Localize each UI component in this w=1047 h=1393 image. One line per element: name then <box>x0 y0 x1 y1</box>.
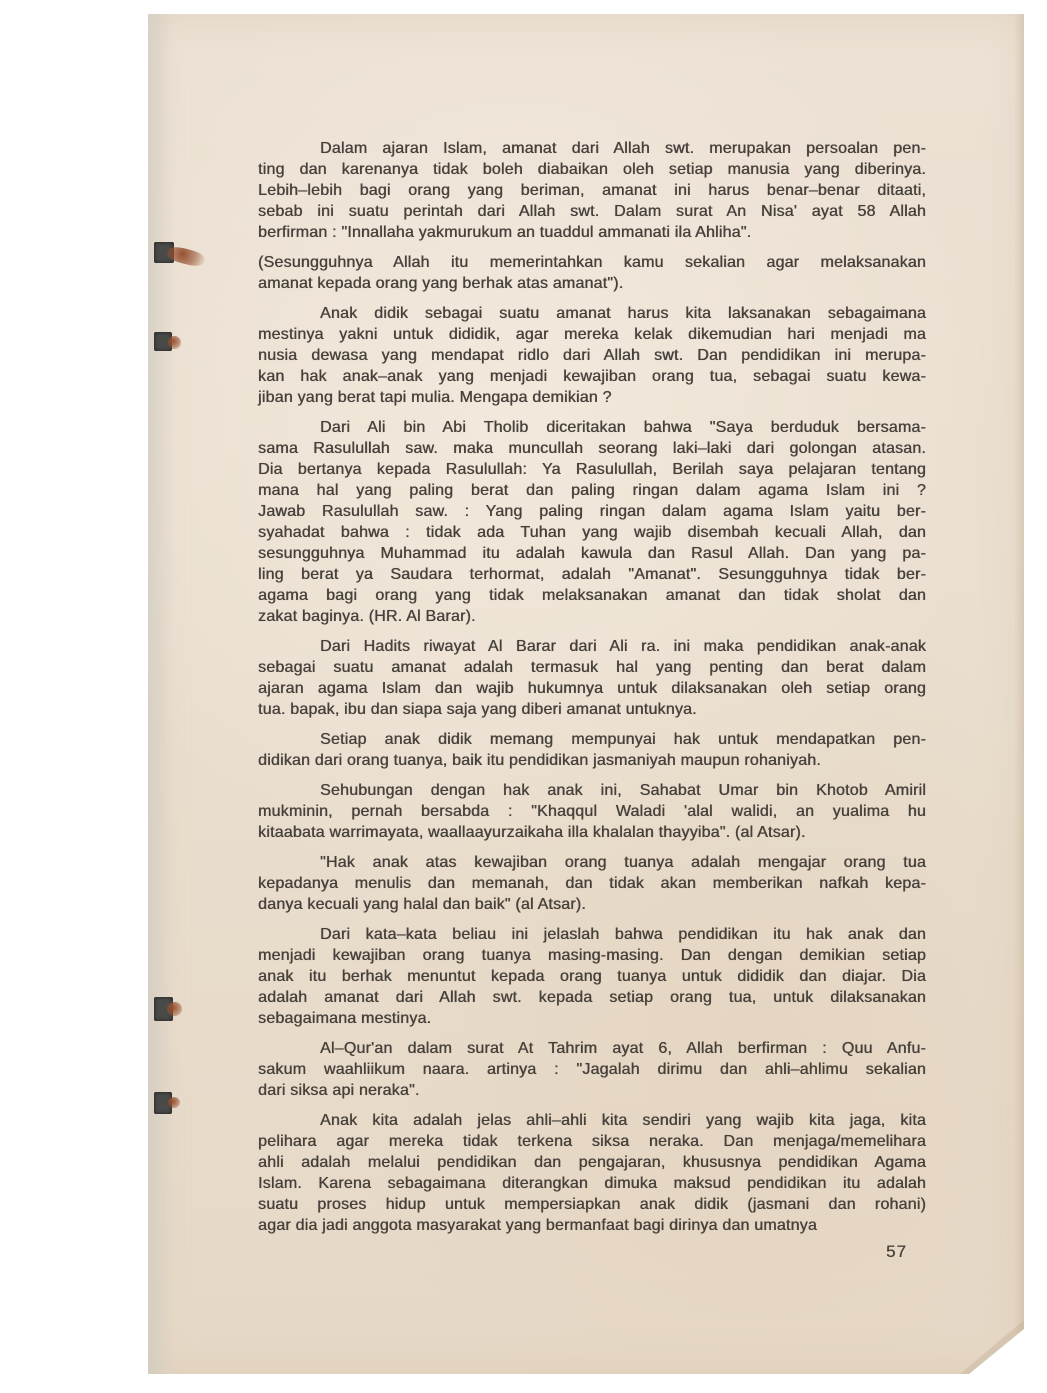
scanned-document: { "document": { "type": "scanned-book-pa… <box>0 0 1047 1393</box>
text-line: sebagaimana mestinya. <box>258 1008 926 1029</box>
text-line: suatu proses hidup untuk mempersiapkan a… <box>258 1194 926 1215</box>
text-line: menjadi kewajiban orang tuanya masing-ma… <box>258 945 926 966</box>
text-line: danya kecuali yang halal dan baik" (al A… <box>258 894 926 915</box>
paragraph: Dari Hadits riwayat Al Barar dari Ali ra… <box>258 636 926 720</box>
paragraph: Dari kata–kata beliau ini jelaslah bahwa… <box>258 924 926 1029</box>
paragraph: "Hak anak atas kewajiban orang tuanya ad… <box>258 852 926 915</box>
text-line: (Sesungguhnya Allah itu memerintahkan ka… <box>258 252 926 273</box>
text-line: tua. bapak, ibu dan siapa saja yang dibe… <box>258 699 926 720</box>
text-line: agar dia jadi anggota masyarakat yang be… <box>258 1215 926 1236</box>
text-line: Dalam ajaran Islam, amanat dari Allah sw… <box>258 138 926 159</box>
text-line: Dari Ali bin Abi Tholib diceritakan bahw… <box>258 417 926 438</box>
rust-stain <box>168 1097 180 1108</box>
text-line: berfirman : "Innallaha yakmurukum an tua… <box>258 222 926 243</box>
text-line: sakum waahliikum naara. artinya : "Jagal… <box>258 1059 926 1080</box>
text-line: ling berat ya Saudara terhormat, adalah … <box>258 564 926 585</box>
page-number: 57 <box>886 1242 907 1262</box>
rust-stain <box>167 1002 182 1016</box>
text-line: Sehubungan dengan hak anak ini, Sahabat … <box>258 780 926 801</box>
text-line: "Hak anak atas kewajiban orang tuanya ad… <box>258 852 926 873</box>
staple-mark-icon <box>154 242 214 272</box>
text-line: dari siksa api neraka". <box>258 1080 926 1101</box>
text-line: amanat kepada orang yang berhak atas ama… <box>258 273 926 294</box>
text-line: Lebih–lebih bagi orang yang beriman, ama… <box>258 180 926 201</box>
text-line: adalah amanat dari Allah swt. kepada set… <box>258 987 926 1008</box>
text-line: Islam. Karena sebagaimana diterangkan di… <box>258 1173 926 1194</box>
book-page: Dalam ajaran Islam, amanat dari Allah sw… <box>148 14 1024 1374</box>
text-line: mestinya yakni untuk dididik, agar merek… <box>258 324 926 345</box>
text-line: ahli adalah melalui pendidikan dan penga… <box>258 1152 926 1173</box>
text-line: agama bagi orang yang tidak melaksanakan… <box>258 585 926 606</box>
paragraph: Anak kita adalah jelas ahli–ahli kita se… <box>258 1110 926 1236</box>
text-line: kitaabata warrimayata, waallaayurzaikaha… <box>258 822 926 843</box>
staple-mark-icon <box>154 1092 214 1122</box>
text-line: mana hal yang paling berat dan paling ri… <box>258 480 926 501</box>
text-line: kepadanya menulis dan memanah, dan tidak… <box>258 873 926 894</box>
text-line: didikan dari orang tuanya, baik itu pend… <box>258 750 926 771</box>
text-line: zakat baginya. (HR. Al Barar). <box>258 606 926 627</box>
text-line: Anak didik sebagai suatu amanat harus ki… <box>258 303 926 324</box>
text-line: jiban yang berat tapi mulia. Mengapa dem… <box>258 387 926 408</box>
page-right-edge-shading <box>1014 14 1024 1374</box>
paragraph: Sehubungan dengan hak anak ini, Sahabat … <box>258 780 926 843</box>
rust-stain <box>166 245 207 269</box>
text-line: pelihara agar mereka tidak terkena siksa… <box>258 1131 926 1152</box>
staple-mark-icon <box>154 997 214 1027</box>
text-line: ajaran agama Islam dan wajib hukumnya un… <box>258 678 926 699</box>
paragraph: Dari Ali bin Abi Tholib diceritakan bahw… <box>258 417 926 627</box>
text-line: Al–Qur'an dalam surat At Tahrim ayat 6, … <box>258 1038 926 1059</box>
text-line: anak itu berhak menuntut kepada orang tu… <box>258 966 926 987</box>
page-left-edge-shading <box>148 14 174 1374</box>
text-line: ting dan karenanya tidak boleh diabaikan… <box>258 159 926 180</box>
text-line: syahadat bahwa : tidak ada Tuhan yang wa… <box>258 522 926 543</box>
text-line: Dari Hadits riwayat Al Barar dari Ali ra… <box>258 636 926 657</box>
paragraph: Dalam ajaran Islam, amanat dari Allah sw… <box>258 138 926 243</box>
text-line: sebab ini suatu perintah dari Allah swt.… <box>258 201 926 222</box>
paragraph: Setiap anak didik memang mempunyai hak u… <box>258 729 926 771</box>
text-line: nusia dewasa yang mendapat ridlo dari Al… <box>258 345 926 366</box>
text-line: kan hak anak–anak yang menjadi kewajiban… <box>258 366 926 387</box>
text-line: Setiap anak didik memang mempunyai hak u… <box>258 729 926 750</box>
text-line: Dari kata–kata beliau ini jelaslah bahwa… <box>258 924 926 945</box>
corner-fold <box>969 1329 1024 1374</box>
text-line: Dia bertanya kepada Rasulullah: Ya Rasul… <box>258 459 926 480</box>
paragraph: Al–Qur'an dalam surat At Tahrim ayat 6, … <box>258 1038 926 1101</box>
text-block: Dalam ajaran Islam, amanat dari Allah sw… <box>258 138 926 1236</box>
text-line: sesungguhnya Muhammad itu adalah kawula … <box>258 543 926 564</box>
text-line: sebagai suatu amanat adalah termasuk hal… <box>258 657 926 678</box>
text-line: sama Rasulullah saw. maka muncullah seor… <box>258 438 926 459</box>
text-line: mukminin, pernah bersabda : "Khaqqul Wal… <box>258 801 926 822</box>
paragraph: Anak didik sebagai suatu amanat harus ki… <box>258 303 926 408</box>
text-line: Anak kita adalah jelas ahli–ahli kita se… <box>258 1110 926 1131</box>
staple-mark-icon <box>154 332 214 362</box>
rust-stain <box>168 336 181 349</box>
paragraph: (Sesungguhnya Allah itu memerintahkan ka… <box>258 252 926 294</box>
text-line: Jawab Rasulullah saw. : Yang paling ring… <box>258 501 926 522</box>
